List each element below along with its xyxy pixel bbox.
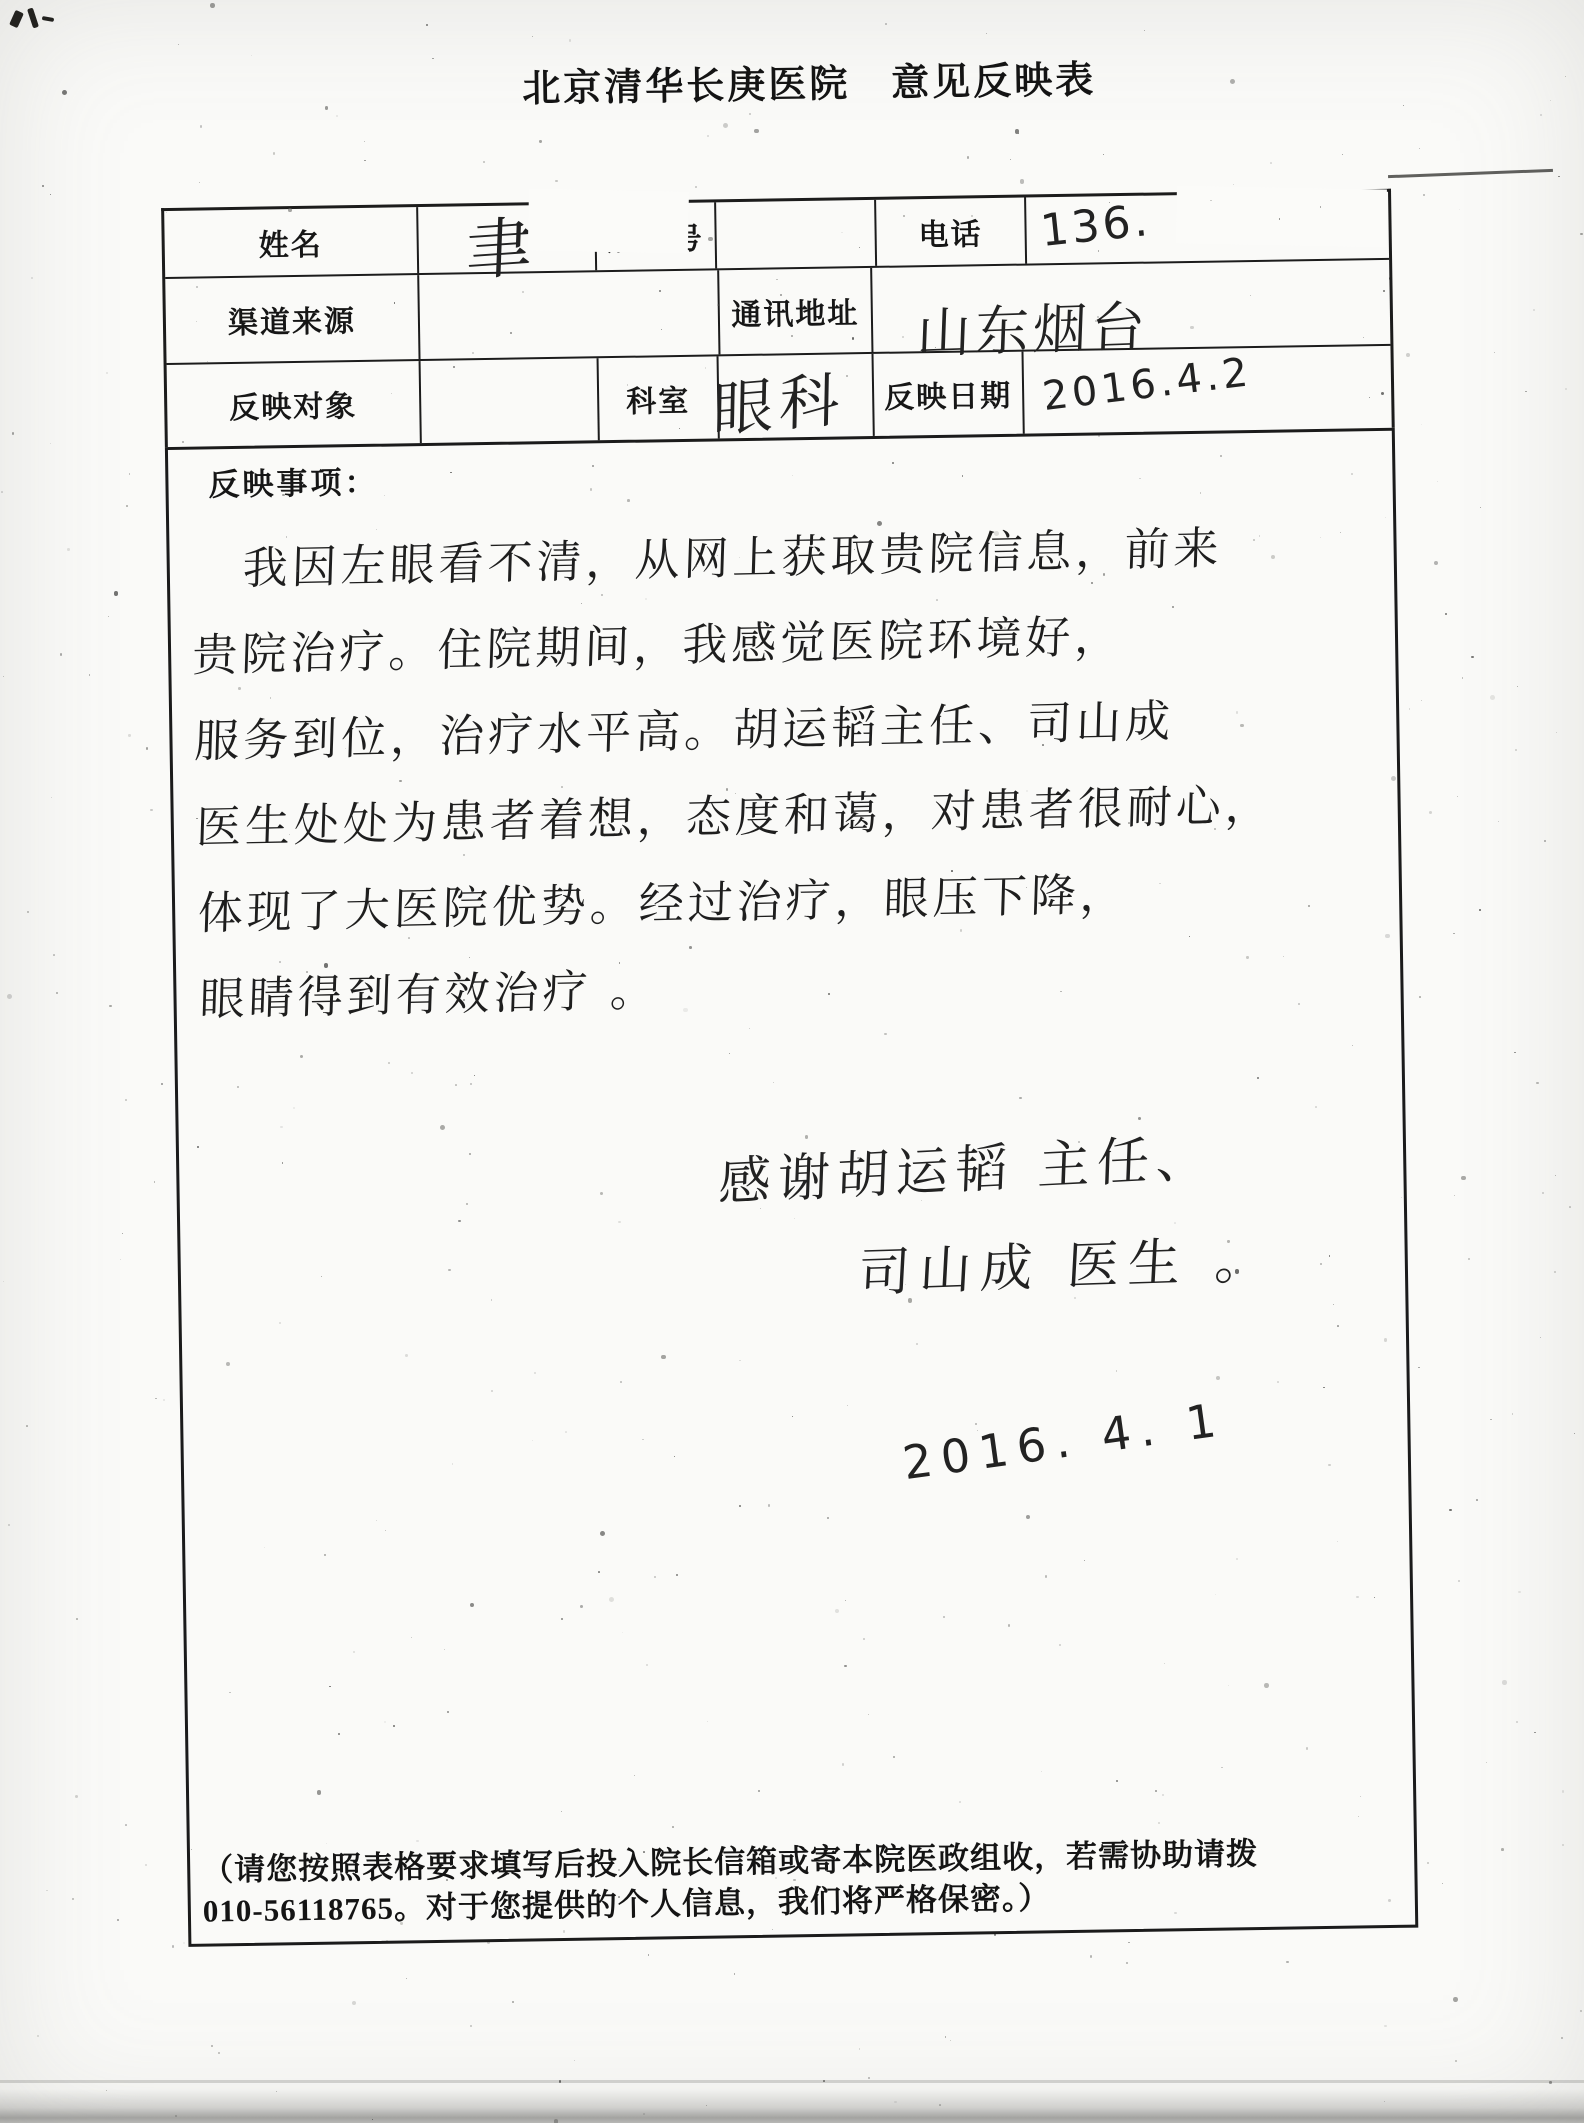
thanks-line: 感谢胡运韬 主任、 bbox=[717, 1115, 1216, 1215]
address-value-cell: 山东烟台 bbox=[872, 260, 1390, 352]
scan-edge-shadow bbox=[0, 2080, 1584, 2083]
name-value-cell: 聿 bbox=[418, 204, 597, 273]
signature-date: 2016. 4. 1 bbox=[899, 1392, 1227, 1490]
footer-note: （请您按照表格要求填写后投入院长信箱或寄本院医政组收，若需协助请拨 010-56… bbox=[202, 1831, 1401, 1932]
redaction-patch bbox=[1176, 186, 1387, 248]
thanks-line: 司山成 医生 。 bbox=[857, 1217, 1279, 1306]
address-handwriting: 山东烟台 bbox=[916, 284, 1151, 369]
handwritten-paragraph: 我因左眼看不清，从网上获取贵院信息，前来 贵院治疗。住院期间，我感觉医院环境好，… bbox=[190, 501, 1443, 1043]
feedback-form: 北京清华长庚医院 意见反映表 姓名 聿 病历号 电话 136. 渠道来源 bbox=[158, 0, 1418, 1947]
scan-edge-shadow bbox=[0, 2089, 1584, 2123]
name-handwriting: 聿 bbox=[465, 194, 537, 294]
form-title: 北京清华长庚医院 意见反映表 bbox=[159, 44, 1390, 118]
phone-handwriting: 136. bbox=[1038, 195, 1153, 257]
info-table: 姓名 聿 病历号 电话 136. 渠道来源 通讯地址 山东烟台 bbox=[161, 189, 1395, 447]
department-label: 科室 bbox=[599, 356, 720, 440]
scan-artifact bbox=[12, 7, 58, 37]
address-label: 通讯地址 bbox=[719, 268, 873, 354]
phone-value-cell: 136. bbox=[1026, 192, 1389, 264]
channel-label: 渠道来源 bbox=[165, 275, 420, 363]
redaction-patch bbox=[528, 189, 689, 254]
feedback-items-label: 反映事项： bbox=[208, 457, 379, 505]
department-handwriting: 眼科 bbox=[712, 352, 846, 449]
record-number-value bbox=[716, 200, 877, 269]
scan-edge-line bbox=[1388, 169, 1553, 178]
phone-label: 电话 bbox=[876, 198, 1027, 266]
scanned-page: 北京清华长庚医院 意见反映表 姓名 聿 病历号 电话 136. 渠道来源 bbox=[0, 0, 1584, 2123]
feedback-content-box: 反映事项： 我因左眼看不清，从网上获取贵院信息，前来 贵院治疗。住院期间，我感觉… bbox=[165, 428, 1418, 1947]
target-value bbox=[421, 358, 600, 443]
name-label: 姓名 bbox=[164, 207, 419, 277]
department-value-cell: 眼科 bbox=[719, 354, 875, 438]
target-label: 反映对象 bbox=[167, 361, 422, 447]
